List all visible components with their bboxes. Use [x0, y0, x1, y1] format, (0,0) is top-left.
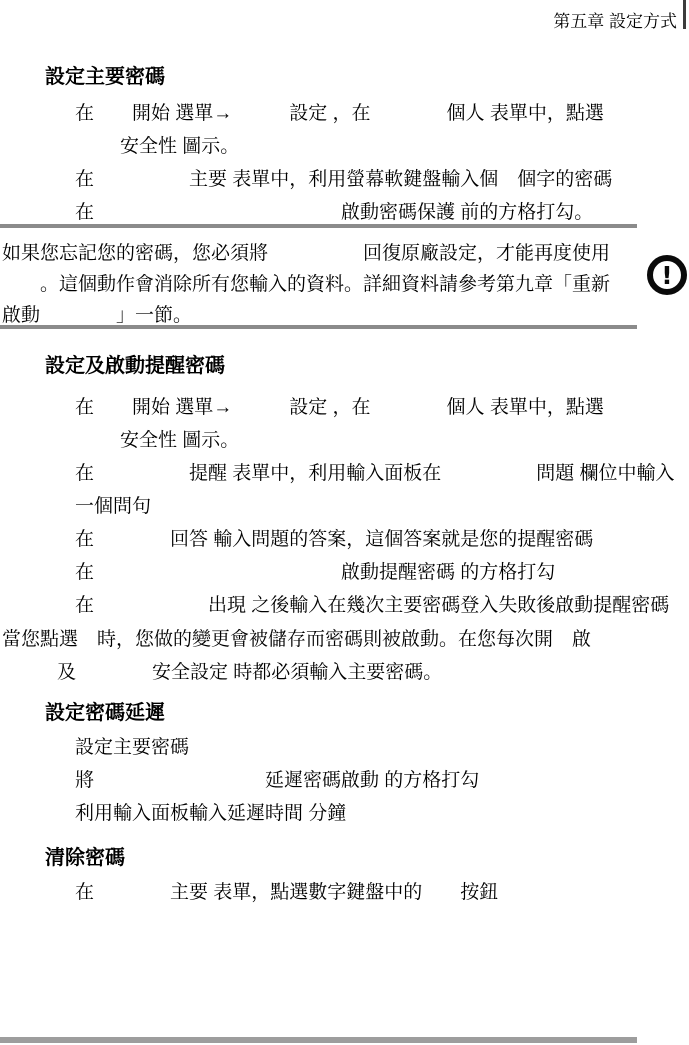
header-divider-bar	[683, 0, 686, 29]
alert-exclamation-icon: !	[647, 255, 687, 295]
heading-set-password-delay: 設定密碼延遲	[45, 696, 165, 725]
body-line: 利用輸入面板輸入延遲時間 分鐘	[75, 801, 346, 826]
body-line: 在 啟動提醒密碼 的方格打勾	[75, 560, 555, 585]
body-line: 在 開始 選單→ 設定 ，在 個人 表單中，點選	[75, 395, 604, 420]
body-line: 安全性 圖示。	[120, 134, 239, 159]
page-footer-bar	[0, 1037, 637, 1043]
body-line: 在 開始 選單→ 設定 ，在 個人 表單中，點選	[75, 101, 604, 126]
heading-clear-password: 清除密碼	[45, 841, 125, 870]
note-top-rule	[0, 224, 637, 228]
alert-exclamation-glyph: !	[661, 263, 672, 288]
body-line: 在 主要 表單中，利用螢幕軟鍵盤輸入個 個字的密碼	[75, 167, 612, 192]
body-line: 安全性 圖示。	[120, 428, 239, 453]
note-line: 如果您忘記您的密碼，您必須將 回復原廠設定，才能再度使用	[2, 241, 610, 266]
manual-page: 第五章 設定方式 設定主要密碼 在 開始 選單→ 設定 ，在 個人 表單中，點選…	[0, 0, 689, 1045]
body-line: 在 啟動密碼保護 前的方格打勾。	[75, 200, 593, 225]
chapter-header: 第五章 設定方式	[553, 7, 677, 32]
paragraph-line: 當您點選 時，您做的變更會被儲存而密碼則被啟動。在您每次開 啟	[2, 627, 591, 652]
body-line: 在 出現 之後輸入在幾次主要密碼登入失敗後啟動提醒密碼	[75, 593, 669, 618]
body-line: 在 回答 輸入問題的答案，這個答案就是您的提醒密碼	[75, 527, 593, 552]
note-bottom-rule	[0, 325, 637, 329]
paragraph-line: 及 安全設定 時都必須輸入主要密碼。	[57, 660, 442, 685]
body-line: 設定主要密碼	[75, 735, 189, 760]
body-line: 一個問句	[75, 494, 151, 519]
heading-set-main-password: 設定主要密碼	[45, 60, 165, 89]
body-line: 將 延遲密碼啟動 的方格打勾	[75, 768, 479, 793]
body-line: 在 提醒 表單中，利用輸入面板在 問題 欄位中輸入	[75, 461, 675, 486]
note-line: 。這個動作會消除所有您輸入的資料。詳細資料請參考第九章「重新	[2, 272, 610, 297]
body-line: 在 主要 表單，點選數字鍵盤中的 按鈕	[75, 880, 498, 905]
heading-set-hint-password: 設定及啟動提醒密碼	[45, 349, 225, 378]
